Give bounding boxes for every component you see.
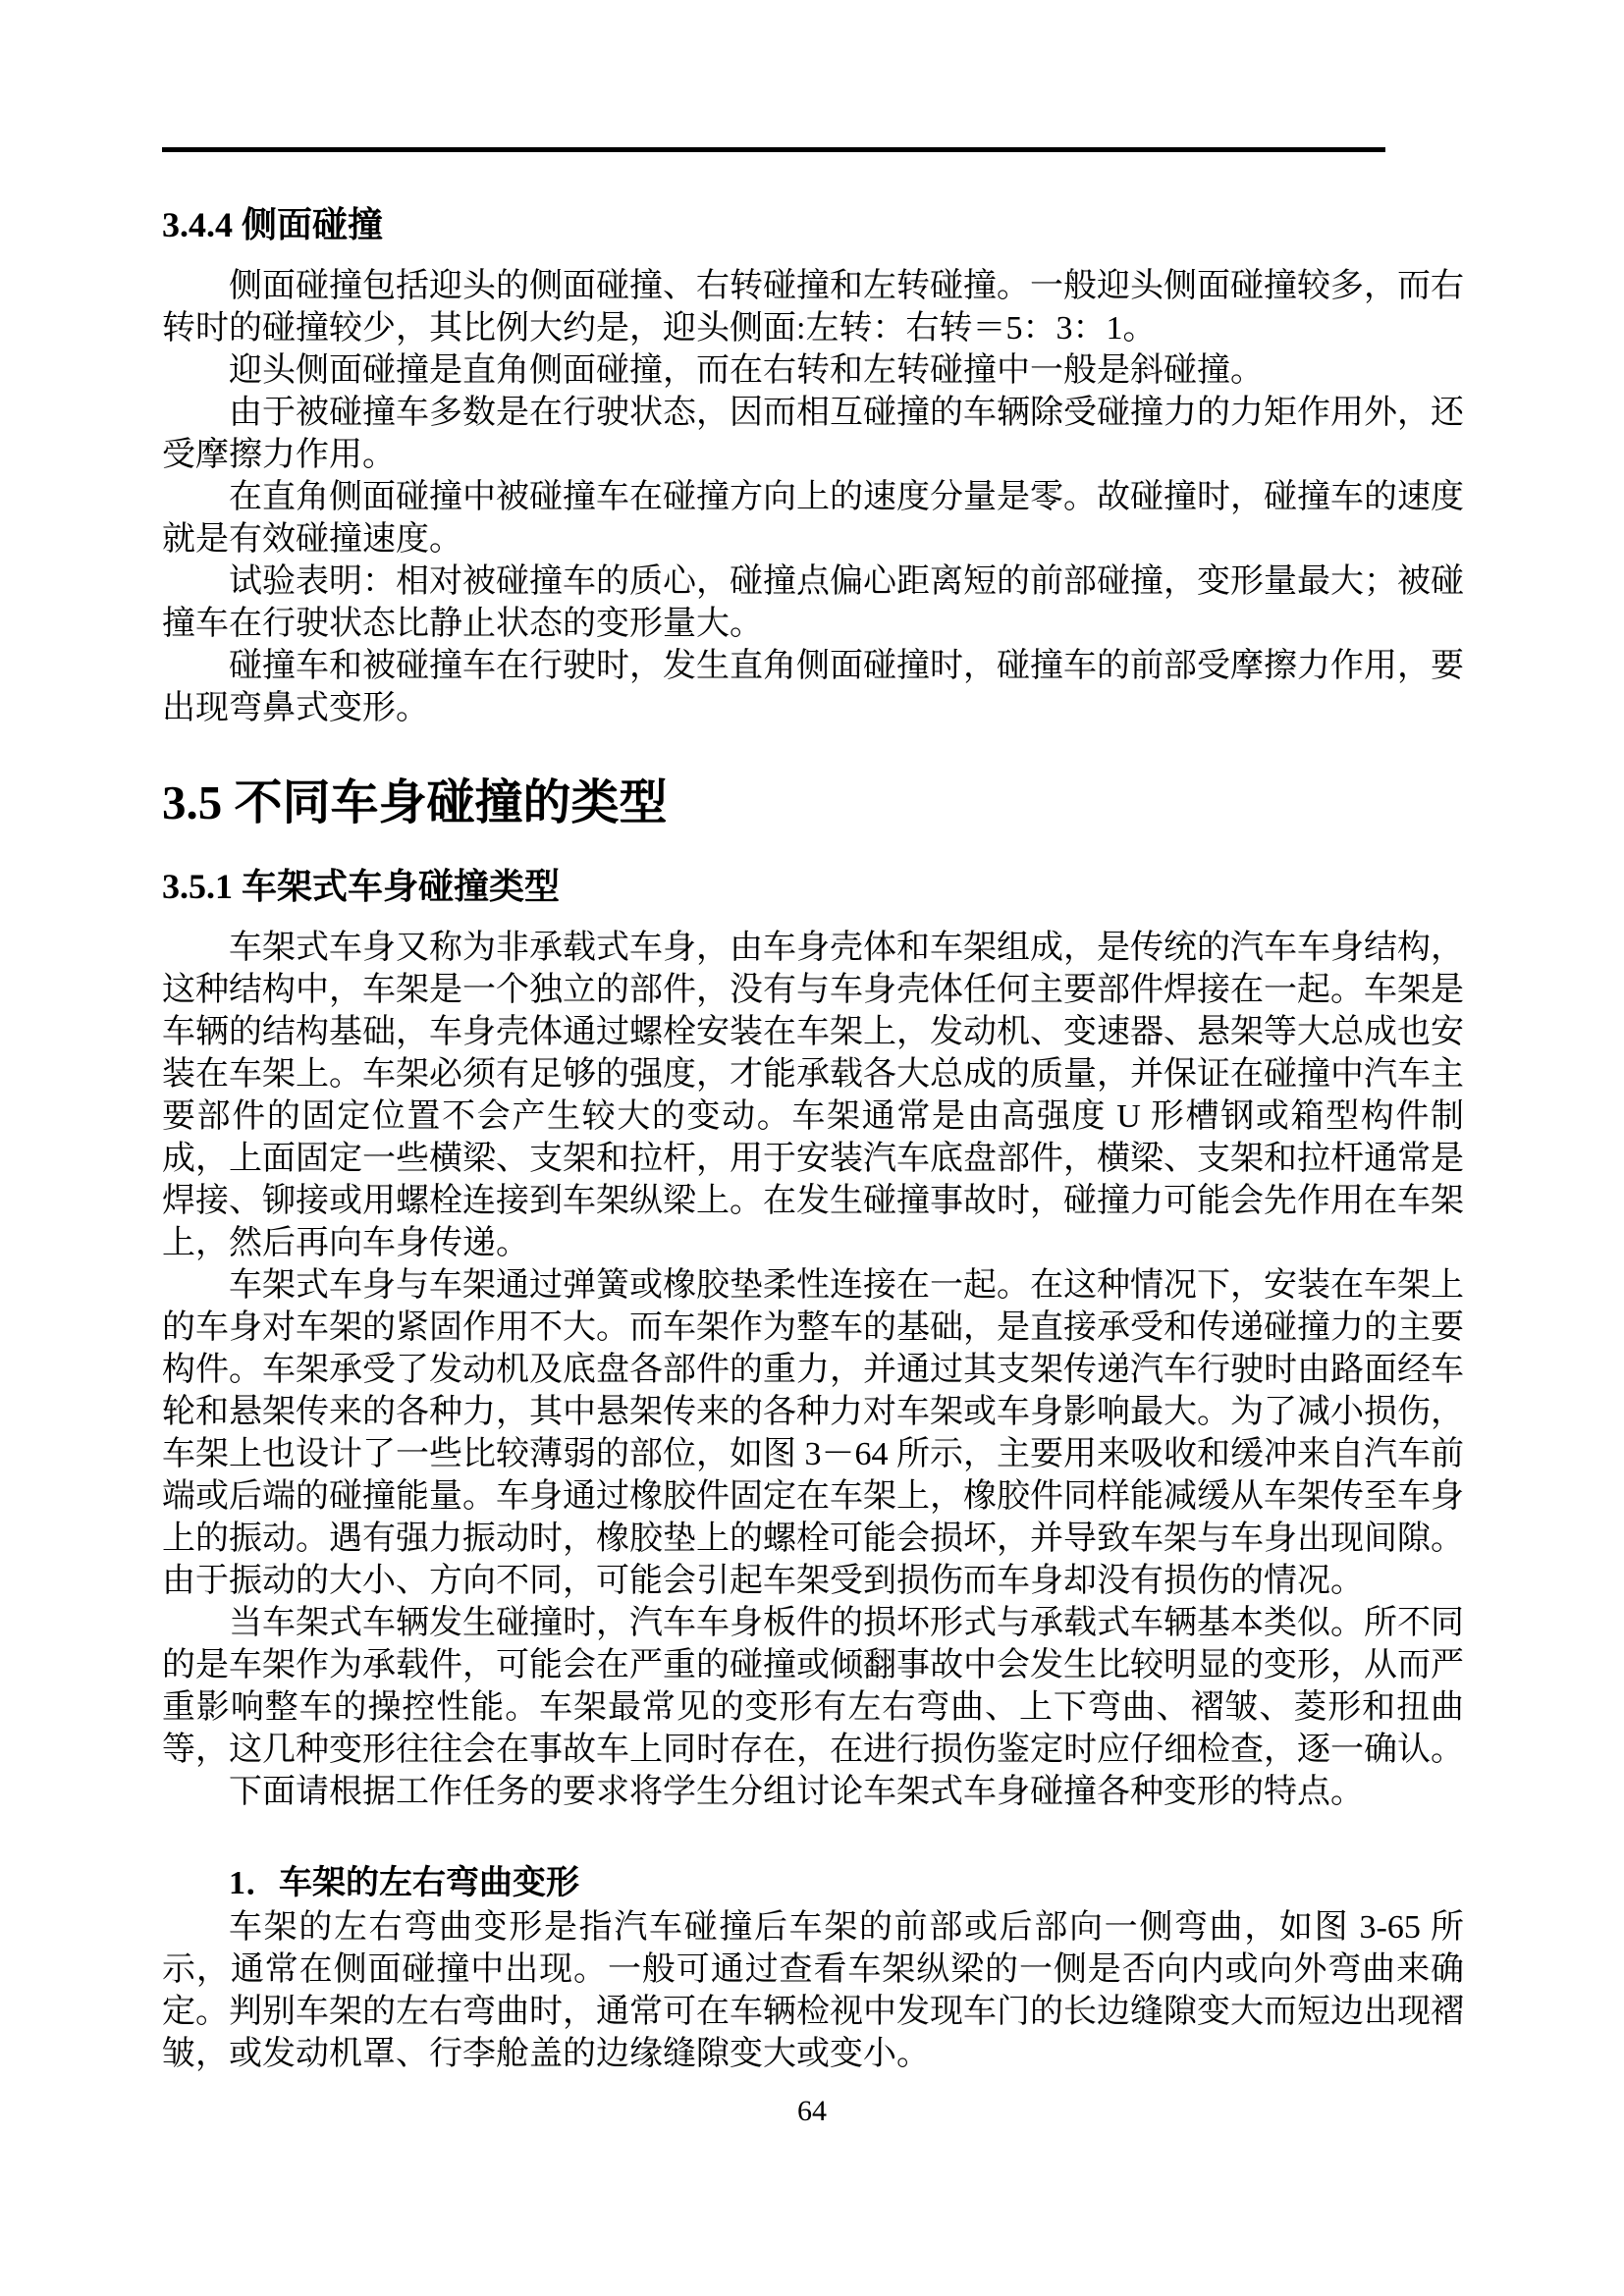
paragraph: 试验表明：相对被碰撞车的质心，碰撞点偏心距离短的前部碰撞，变形量最大；被碰撞车在…	[162, 561, 1464, 645]
paragraph: 下面请根据工作任务的要求将学生分组讨论车架式车身碰撞各种变形的特点。	[162, 1771, 1464, 1813]
section-heading-3-5-1: 3.5.1 车架式车身碰撞类型	[162, 868, 1464, 907]
paragraph: 碰撞车和被碰撞车在行驶时，发生直角侧面碰撞时，碰撞车的前部受摩擦力作用，要出现弯…	[162, 645, 1464, 729]
paragraph: 车架式车身与车架通过弹簧或橡胶垫柔性连接在一起。在这种情况下，安装在车架上的车身…	[162, 1264, 1464, 1602]
section-3-5-1-body: 车架式车身又称为非承载式车身，由车身壳体和车架组成，是传统的汽车车身结构，这种结…	[162, 927, 1464, 1813]
list-item-1-body: 车架的左右弯曲变形是指汽车碰撞后车架的前部或后部向一侧弯曲，如图 3-65 所示…	[162, 1906, 1464, 2075]
document-page: 3.4.4 侧面碰撞 侧面碰撞包括迎头的侧面碰撞、右转碰撞和左转碰撞。一般迎头侧…	[0, 0, 1624, 2296]
paragraph: 侧面碰撞包括迎头的侧面碰撞、右转碰撞和左转碰撞。一般迎头侧面碰撞较多，而右转时的…	[162, 265, 1464, 349]
section-heading-3-4-4: 3.4.4 侧面碰撞	[162, 206, 1464, 245]
section-3-4-4-body: 侧面碰撞包括迎头的侧面碰撞、右转碰撞和左转碰撞。一般迎头侧面碰撞较多，而右转时的…	[162, 265, 1464, 729]
paragraph: 当车架式车辆发生碰撞时，汽车车身板件的损坏形式与承载式车辆基本类似。所不同的是车…	[162, 1602, 1464, 1771]
page-number: 64	[0, 2097, 1624, 2126]
page-content: 3.4.4 侧面碰撞 侧面碰撞包括迎头的侧面碰撞、右转碰撞和左转碰撞。一般迎头侧…	[162, 0, 1464, 2075]
section-heading-3-5: 3.5 不同车身碰撞的类型	[162, 776, 1464, 829]
paragraph: 车架的左右弯曲变形是指汽车碰撞后车架的前部或后部向一侧弯曲，如图 3-65 所示…	[162, 1906, 1464, 2075]
header-divider	[162, 147, 1385, 152]
list-item-heading-1: 1．车架的左右弯曲变形	[162, 1862, 1464, 1904]
paragraph: 在直角侧面碰撞中被碰撞车在碰撞方向上的速度分量是零。故碰撞时，碰撞车的速度就是有…	[162, 476, 1464, 561]
paragraph: 车架式车身又称为非承载式车身，由车身壳体和车架组成，是传统的汽车车身结构，这种结…	[162, 927, 1464, 1264]
paragraph: 由于被碰撞车多数是在行驶状态，因而相互碰撞的车辆除受碰撞力的力矩作用外，还受摩擦…	[162, 392, 1464, 476]
paragraph: 迎头侧面碰撞是直角侧面碰撞，而在右转和左转碰撞中一般是斜碰撞。	[162, 349, 1464, 392]
